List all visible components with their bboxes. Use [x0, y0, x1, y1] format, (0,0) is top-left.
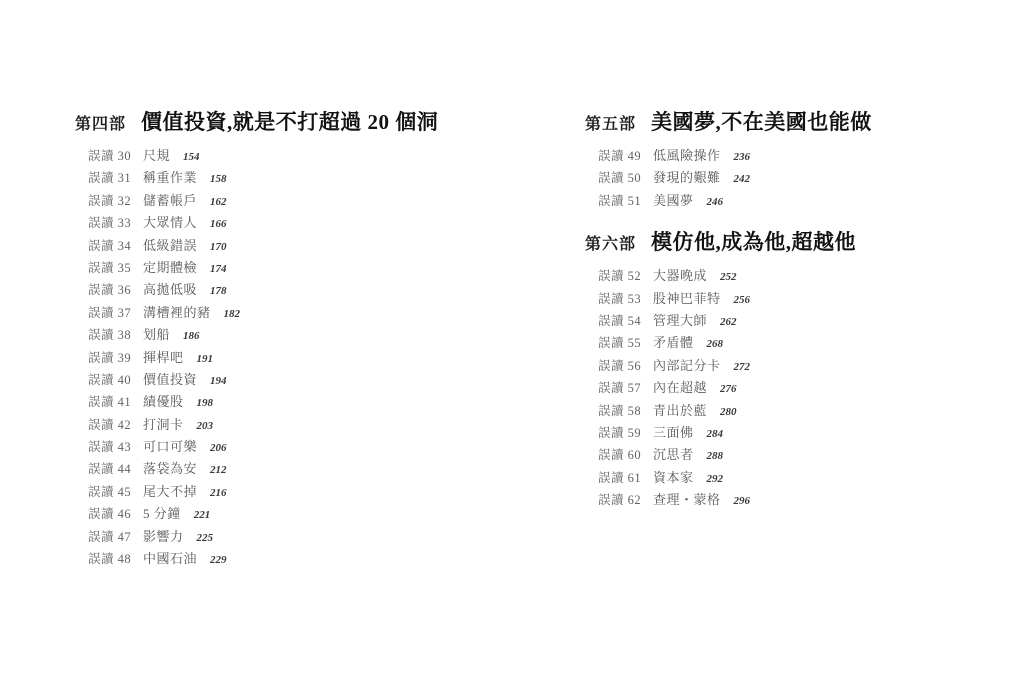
part-label: 第六部	[585, 231, 636, 254]
section-header-part6: 第六部 模仿他,成為他,超越他	[585, 226, 985, 254]
entry-page-number: 256	[734, 294, 751, 306]
toc-entry-row: 誤讀 53股神巴菲特256	[585, 288, 985, 310]
entry-label: 誤讀 39	[88, 348, 143, 366]
entry-label: 誤讀 32	[88, 191, 143, 209]
part-title: 模仿他,成為他,超越他	[651, 226, 856, 256]
toc-entry-row: 誤讀 39揮桿吧191	[75, 347, 525, 369]
entry-label: 誤讀 47	[88, 527, 143, 545]
toc-entry-row: 誤讀 51美國夢246	[585, 190, 985, 212]
toc-entry-row: 誤讀 55矛盾體268	[585, 332, 985, 354]
entry-page-number: 276	[720, 383, 737, 395]
section-header-part5: 第五部 美國夢,不在美國也能做	[585, 106, 985, 134]
entry-page-number: 206	[210, 442, 227, 454]
entry-label: 誤讀 37	[88, 303, 143, 321]
entry-page-number: 272	[734, 361, 751, 373]
entry-label: 誤讀 55	[598, 333, 653, 351]
toc-entry-row: 誤讀 56內部記分卡272	[585, 355, 985, 377]
entry-page-number: 166	[210, 218, 227, 230]
entry-title: 查理・蒙格	[653, 489, 721, 508]
toc-entry-row: 誤讀 59三面佛284	[585, 422, 985, 444]
entry-title: 揮桿吧	[143, 347, 184, 366]
entry-page-number: 284	[707, 428, 724, 440]
entry-page-number: 158	[210, 173, 227, 185]
entry-label: 誤讀 52	[598, 266, 653, 284]
entry-title: 儲蓄帳戶	[143, 190, 197, 209]
entry-label: 誤讀 35	[88, 258, 143, 276]
entry-label: 誤讀 46	[88, 504, 143, 522]
entry-page-number: 246	[707, 196, 724, 208]
entry-title: 高拋低吸	[143, 279, 197, 298]
toc-entry-row: 誤讀 36高拋低吸178	[75, 279, 525, 301]
toc-section-part5: 第五部 美國夢,不在美國也能做 誤讀 49低風險操作236誤讀 50發現的艱難2…	[585, 106, 985, 212]
entry-page-number: 225	[197, 532, 214, 544]
entry-page-number: 182	[224, 308, 241, 320]
entry-page-number: 296	[734, 495, 751, 507]
entry-title: 績優股	[143, 391, 184, 410]
entry-label: 誤讀 36	[88, 280, 143, 298]
entry-title: 美國夢	[653, 190, 694, 209]
entry-title: 大器晚成	[653, 265, 707, 284]
entry-title: 划船	[143, 324, 170, 343]
toc-entry-row: 誤讀 48中國石油229	[75, 548, 525, 570]
toc-entry-row: 誤讀 32儲蓄帳戶162	[75, 190, 525, 212]
toc-entry-row: 誤讀 49低風險操作236	[585, 145, 985, 167]
part-label: 第四部	[75, 111, 126, 134]
entry-title: 發現的艱難	[653, 167, 721, 186]
entry-page-number: 288	[707, 450, 724, 462]
entry-label: 誤讀 56	[598, 356, 653, 374]
entry-label: 誤讀 50	[598, 168, 653, 186]
entry-page-number: 198	[197, 397, 214, 409]
entry-label: 誤讀 31	[88, 168, 143, 186]
entry-title: 股神巴菲特	[653, 288, 721, 307]
entry-label: 誤讀 33	[88, 213, 143, 231]
entry-page-number: 242	[734, 173, 751, 185]
entry-page-number: 170	[210, 241, 227, 253]
entry-title: 資本家	[653, 467, 694, 486]
entry-title: 沉思者	[653, 444, 694, 463]
toc-entry-row: 誤讀 58青出於藍280	[585, 400, 985, 422]
entry-label: 誤讀 30	[88, 146, 143, 164]
part-label: 第五部	[585, 111, 636, 134]
entry-title: 三面佛	[653, 422, 694, 441]
entry-label: 誤讀 42	[88, 415, 143, 433]
entry-label: 誤讀 51	[598, 191, 653, 209]
toc-entry-row: 誤讀 57內在超越276	[585, 377, 985, 399]
entry-label: 誤讀 34	[88, 236, 143, 254]
toc-entry-row: 誤讀 30尺規154	[75, 145, 525, 167]
entry-label: 誤讀 54	[598, 311, 653, 329]
entry-title: 打洞卡	[143, 414, 184, 433]
entry-title: 內在超越	[653, 377, 707, 396]
entry-title: 尾大不掉	[143, 481, 197, 500]
entry-list-part6: 誤讀 52大器晚成252誤讀 53股神巴菲特256誤讀 54管理大師262誤讀 …	[585, 265, 985, 511]
toc-entry-row: 誤讀 35定期體檢174	[75, 257, 525, 279]
entry-page-number: 221	[194, 509, 211, 521]
entry-label: 誤讀 41	[88, 392, 143, 410]
toc-entry-row: 誤讀 31稱重作業158	[75, 167, 525, 189]
toc-entry-row: 誤讀 62查理・蒙格296	[585, 489, 985, 511]
entry-label: 誤讀 53	[598, 289, 653, 307]
entry-title: 稱重作業	[143, 167, 197, 186]
entry-title: 低級錯誤	[143, 235, 197, 254]
entry-label: 誤讀 49	[598, 146, 653, 164]
entry-page-number: 162	[210, 196, 227, 208]
toc-entry-row: 誤讀 60沉思者288	[585, 444, 985, 466]
entry-label: 誤讀 48	[88, 549, 143, 567]
book-toc-page: 第四部 價值投資,就是不打超過 20 個洞 誤讀 30尺規154誤讀 31稱重作…	[0, 0, 1024, 693]
entry-label: 誤讀 38	[88, 325, 143, 343]
entry-label: 誤讀 59	[598, 423, 653, 441]
toc-entry-row: 誤讀 61資本家292	[585, 467, 985, 489]
entry-label: 誤讀 57	[598, 378, 653, 396]
entry-page-number: 262	[720, 316, 737, 328]
part-title: 美國夢,不在美國也能做	[651, 106, 872, 136]
entry-list-part4: 誤讀 30尺規154誤讀 31稱重作業158誤讀 32儲蓄帳戶162誤讀 33大…	[75, 145, 525, 570]
toc-entry-row: 誤讀 41績優股198	[75, 391, 525, 413]
entry-title: 尺規	[143, 145, 170, 164]
entry-page-number: 229	[210, 554, 227, 566]
toc-entry-row: 誤讀 33大眾情人166	[75, 212, 525, 234]
entry-page-number: 216	[210, 487, 227, 499]
toc-entry-row: 誤讀 34低級錯誤170	[75, 235, 525, 257]
entry-title: 矛盾體	[653, 332, 694, 351]
toc-entry-row: 誤讀 38划船186	[75, 324, 525, 346]
entry-title: 定期體檢	[143, 257, 197, 276]
toc-entry-row: 誤讀 43可口可樂206	[75, 436, 525, 458]
toc-entry-row: 誤讀 47影響力225	[75, 526, 525, 548]
entry-title: 影響力	[143, 526, 184, 545]
entry-page-number: 191	[197, 353, 214, 365]
entry-title: 中國石油	[143, 548, 197, 567]
toc-section-part4: 第四部 價值投資,就是不打超過 20 個洞 誤讀 30尺規154誤讀 31稱重作…	[75, 106, 525, 570]
entry-label: 誤讀 40	[88, 370, 143, 388]
toc-entry-row: 誤讀 44落袋為安212	[75, 458, 525, 480]
entry-page-number: 203	[197, 420, 214, 432]
entry-title: 內部記分卡	[653, 355, 721, 374]
entry-label: 誤讀 62	[598, 490, 653, 508]
part-title: 價值投資,就是不打超過 20 個洞	[141, 106, 438, 136]
entry-title: 落袋為安	[143, 458, 197, 477]
toc-entry-row: 誤讀 465 分鐘221	[75, 503, 525, 525]
toc-entry-row: 誤讀 54管理大師262	[585, 310, 985, 332]
entry-list-part5: 誤讀 49低風險操作236誤讀 50發現的艱難242誤讀 51美國夢246	[585, 145, 985, 212]
entry-title: 低風險操作	[653, 145, 721, 164]
entry-page-number: 292	[707, 473, 724, 485]
entry-title: 價值投資	[143, 369, 197, 388]
toc-column-left: 第四部 價值投資,就是不打超過 20 個洞 誤讀 30尺規154誤讀 31稱重作…	[75, 106, 525, 570]
toc-entry-row: 誤讀 37溝槽裡的豬182	[75, 302, 525, 324]
entry-label: 誤讀 61	[598, 468, 653, 486]
entry-page-number: 186	[183, 330, 200, 342]
entry-page-number: 252	[720, 271, 737, 283]
entry-label: 誤讀 44	[88, 459, 143, 477]
entry-page-number: 174	[210, 263, 227, 275]
entry-page-number: 178	[210, 285, 227, 297]
toc-entry-row: 誤讀 45尾大不掉216	[75, 481, 525, 503]
entry-label: 誤讀 45	[88, 482, 143, 500]
entry-title: 溝槽裡的豬	[143, 302, 211, 321]
entry-title: 5 分鐘	[143, 503, 181, 522]
toc-column-right: 第五部 美國夢,不在美國也能做 誤讀 49低風險操作236誤讀 50發現的艱難2…	[585, 106, 985, 511]
toc-entry-row: 誤讀 40價值投資194	[75, 369, 525, 391]
entry-label: 誤讀 43	[88, 437, 143, 455]
entry-page-number: 236	[734, 151, 751, 163]
toc-entry-row: 誤讀 42打洞卡203	[75, 414, 525, 436]
toc-entry-row: 誤讀 50發現的艱難242	[585, 167, 985, 189]
entry-page-number: 212	[210, 464, 227, 476]
toc-section-part6: 第六部 模仿他,成為他,超越他 誤讀 52大器晚成252誤讀 53股神巴菲特25…	[585, 226, 985, 511]
entry-label: 誤讀 60	[598, 445, 653, 463]
toc-entry-row: 誤讀 52大器晚成252	[585, 265, 985, 287]
entry-page-number: 280	[720, 406, 737, 418]
entry-title: 青出於藍	[653, 400, 707, 419]
entry-label: 誤讀 58	[598, 401, 653, 419]
entry-title: 可口可樂	[143, 436, 197, 455]
entry-title: 大眾情人	[143, 212, 197, 231]
entry-page-number: 154	[183, 151, 200, 163]
entry-title: 管理大師	[653, 310, 707, 329]
entry-page-number: 268	[707, 338, 724, 350]
entry-page-number: 194	[210, 375, 227, 387]
section-header-part4: 第四部 價值投資,就是不打超過 20 個洞	[75, 106, 525, 134]
